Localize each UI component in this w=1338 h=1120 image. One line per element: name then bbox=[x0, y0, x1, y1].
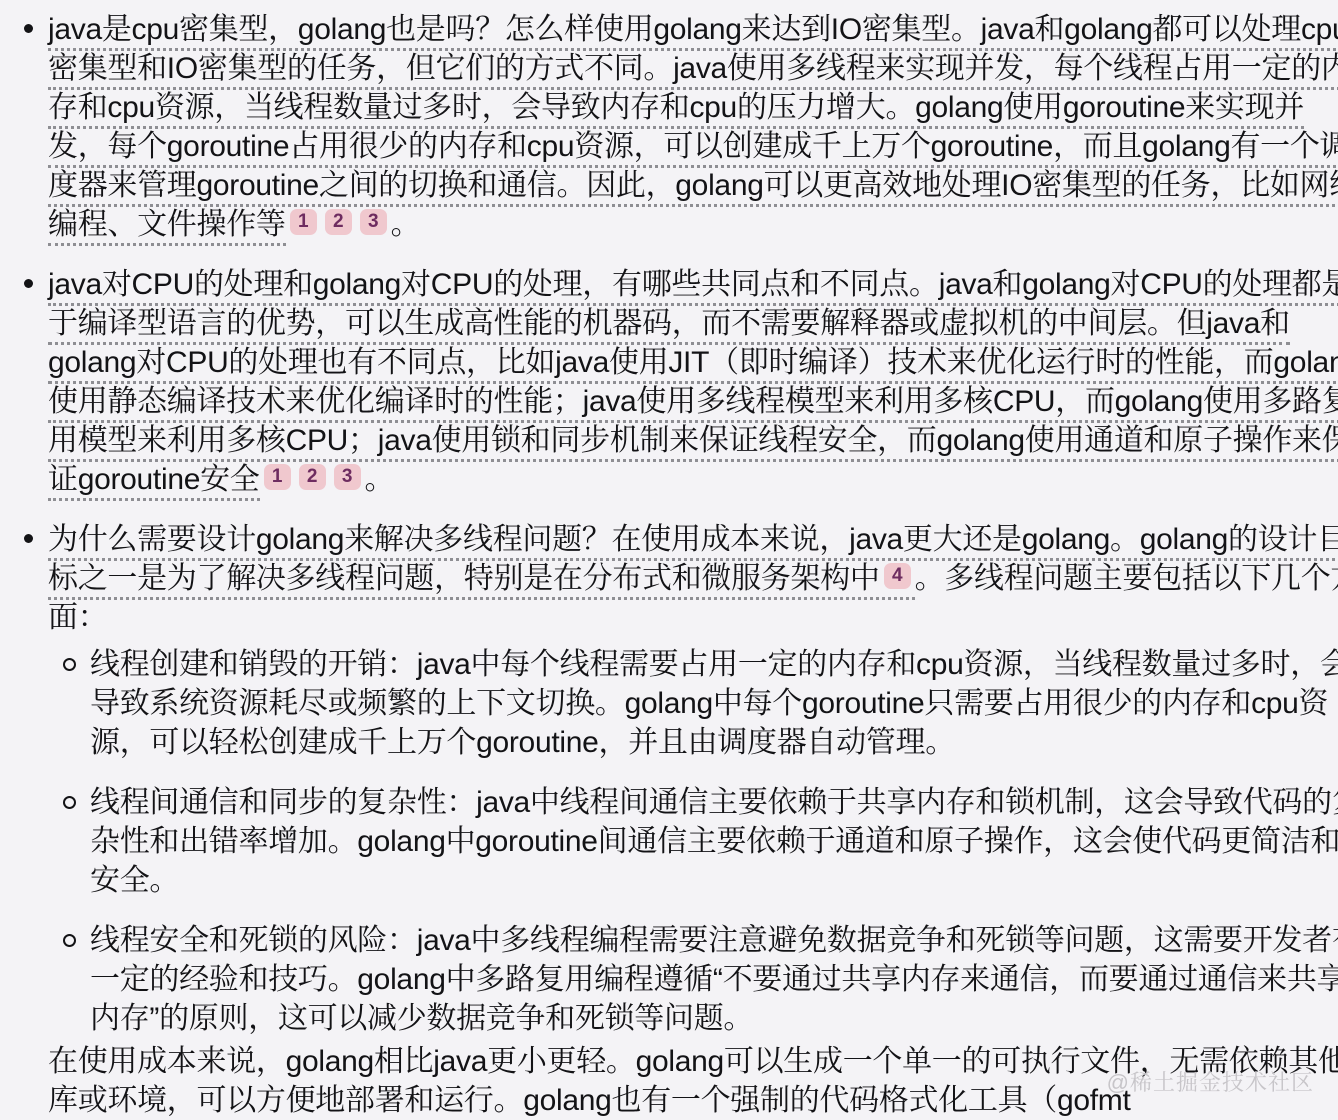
plain-text: 一定的经验和技巧。golang中多路复用编程遵循“不要通过共享内存来通信，而要通… bbox=[90, 963, 1338, 996]
sub-bullet-item: 线程安全和死锁的风险：java中多线程编程需要注意避免数据竞争和死锁等问题，这需… bbox=[0, 921, 1328, 1038]
citation-badge[interactable]: 1 bbox=[290, 209, 317, 235]
cited-text: 标之一是为了解决多线程问题，特别是在分布式和微服务架构中4 bbox=[48, 562, 915, 600]
cited-text: 证goroutine安全 bbox=[48, 463, 260, 501]
plain-text: 。多线程问题主要包括以下几个方 bbox=[915, 562, 1338, 595]
text-line: 导致系统资源耗尽或频繁的上下文切换。golang中每个goroutine只需要占… bbox=[90, 684, 1328, 723]
text-line: 证goroutine安全123。 bbox=[48, 460, 1328, 499]
cited-text: 为什么需要设计golang来解决多线程问题？在使用成本来说，java更大还是go… bbox=[48, 523, 1338, 561]
cited-text: 使用静态编译技术来优化编译时的性能；java使用多线程模型来利用多核CPU，而g… bbox=[48, 385, 1338, 423]
text-line: 用模型来利用多核CPU；java使用锁和同步机制来保证线程安全，而golang使… bbox=[48, 421, 1328, 460]
bullet-item: 为什么需要设计golang来解决多线程问题？在使用成本来说，java更大还是go… bbox=[0, 520, 1328, 637]
sub-bullet-item: 线程创建和销毁的开销：java中每个线程需要占用一定的内存和cpu资源，当线程数… bbox=[0, 645, 1328, 762]
cited-text: 用模型来利用多核CPU；java使用锁和同步机制来保证线程安全，而golang使… bbox=[48, 424, 1338, 462]
text-line: 安全。 bbox=[90, 861, 1328, 900]
sub-bullet-item: 线程间通信和同步的复杂性：java中线程间通信主要依赖于共享内存和锁机制，这会导… bbox=[0, 783, 1328, 900]
text-line: 度器来管理goroutine之间的切换和通信。因此，golang可以更高效地处理… bbox=[48, 166, 1328, 205]
plain-text: 杂性和出错率增加。golang中goroutine间通信主要依赖于通道和原子操作… bbox=[90, 825, 1338, 858]
text-line: 编程、文件操作等123。 bbox=[48, 205, 1328, 244]
citation-badge[interactable]: 3 bbox=[334, 464, 361, 490]
answer-content: java是cpu密集型，golang也是吗？怎么样使用golang来达到IO密集… bbox=[0, 0, 1338, 1120]
citation-badge[interactable]: 2 bbox=[325, 209, 352, 235]
bullet-item: java对CPU的处理和golang对CPU的处理，有哪些共同点和不同点。jav… bbox=[0, 265, 1328, 499]
text-line: java对CPU的处理和golang对CPU的处理，有哪些共同点和不同点。jav… bbox=[48, 265, 1328, 304]
citation-badge[interactable]: 3 bbox=[360, 209, 387, 235]
text-line: 标之一是为了解决多线程问题，特别是在分布式和微服务架构中4。多线程问题主要包括以… bbox=[48, 559, 1328, 598]
plain-text: 。 bbox=[391, 208, 421, 241]
cited-text: 编程、文件操作等 bbox=[48, 208, 286, 246]
cited-text: 存和cpu资源，当线程数量过多时，会导致内存和cpu的压力增大。golang使用… bbox=[48, 91, 1304, 129]
bullet-item: java是cpu密集型，golang也是吗？怎么样使用golang来达到IO密集… bbox=[0, 10, 1328, 244]
text-line: 内存”的原则，这可以减少数据竞争和死锁等问题。 bbox=[90, 999, 1328, 1038]
plain-text: 面： bbox=[48, 601, 107, 634]
text-line: 为什么需要设计golang来解决多线程问题？在使用成本来说，java更大还是go… bbox=[48, 520, 1328, 559]
cited-text: 发，每个goroutine占用很少的内存和cpu资源，可以创建成千上万个goro… bbox=[48, 130, 1338, 168]
text-line: 于编译型语言的优势，可以生成高性能的机器码，而不需要解释器或虚拟机的中间层。但j… bbox=[48, 304, 1328, 343]
cited-text: java对CPU的处理和golang对CPU的处理，有哪些共同点和不同点。jav… bbox=[48, 268, 1338, 306]
text-line: 面： bbox=[48, 598, 1328, 637]
text-line: 使用静态编译技术来优化编译时的性能；java使用多线程模型来利用多核CPU，而g… bbox=[48, 382, 1328, 421]
answer-page: java是cpu密集型，golang也是吗？怎么样使用golang来达到IO密集… bbox=[0, 0, 1338, 1120]
text-line: 一定的经验和技巧。golang中多路复用编程遵循“不要通过共享内存来通信，而要通… bbox=[90, 960, 1328, 999]
cited-text: 于编译型语言的优势，可以生成高性能的机器码，而不需要解释器或虚拟机的中间层。但j… bbox=[48, 307, 1290, 345]
plain-text: 线程安全和死锁的风险：java中多线程编程需要注意避免数据竞争和死锁等问题，这需… bbox=[90, 924, 1338, 957]
text-line: 发，每个goroutine占用很少的内存和cpu资源，可以创建成千上万个goro… bbox=[48, 127, 1328, 166]
plain-text: 安全。 bbox=[90, 864, 179, 897]
text-line: java是cpu密集型，golang也是吗？怎么样使用golang来达到IO密集… bbox=[48, 10, 1328, 49]
cited-text: 度器来管理goroutine之间的切换和通信。因此，golang可以更高效地处理… bbox=[48, 169, 1338, 207]
cited-text: 密集型和IO密集型的任务，但它们的方式不同。java使用多线程来实现并发，每个线… bbox=[48, 52, 1338, 90]
plain-text: 库或环境，可以方便地部署和运行。golang也有一个强制的代码格式化工具（gof… bbox=[48, 1084, 1131, 1117]
plain-text: 内存”的原则，这可以减少数据竞争和死锁等问题。 bbox=[90, 1002, 753, 1035]
text-line: 线程创建和销毁的开销：java中每个线程需要占用一定的内存和cpu资源，当线程数… bbox=[90, 645, 1328, 684]
watermark: @稀土掘金技术社区 bbox=[1107, 1066, 1314, 1097]
text-line: 杂性和出错率增加。golang中goroutine间通信主要依赖于通道和原子操作… bbox=[90, 822, 1328, 861]
citation-badge[interactable]: 4 bbox=[884, 563, 911, 589]
sub-bullet-marker-icon bbox=[63, 934, 76, 947]
cited-text: java是cpu密集型，golang也是吗？怎么样使用golang来达到IO密集… bbox=[48, 13, 1338, 51]
sub-bullet-marker-icon bbox=[63, 658, 76, 671]
cited-text: golang对CPU的处理也有不同点，比如java使用JIT（即时编译）技术来优… bbox=[48, 346, 1338, 384]
text-line: 源，可以轻松创建成千上万个goroutine，并且由调度器自动管理。 bbox=[90, 723, 1328, 762]
plain-text: 线程间通信和同步的复杂性：java中线程间通信主要依赖于共享内存和锁机制，这会导… bbox=[90, 786, 1338, 819]
bullet-marker-icon bbox=[24, 534, 33, 543]
sub-bullet-marker-icon bbox=[63, 796, 76, 809]
plain-text: 源，可以轻松创建成千上万个goroutine，并且由调度器自动管理。 bbox=[90, 726, 955, 759]
citation-badge[interactable]: 2 bbox=[299, 464, 326, 490]
bullet-marker-icon bbox=[24, 24, 33, 33]
plain-text: 导致系统资源耗尽或频繁的上下文切换。golang中每个goroutine只需要占… bbox=[90, 687, 1328, 720]
text-line: golang对CPU的处理也有不同点，比如java使用JIT（即时编译）技术来优… bbox=[48, 343, 1328, 382]
plain-text: 线程创建和销毁的开销：java中每个线程需要占用一定的内存和cpu资源，当线程数… bbox=[90, 648, 1338, 681]
plain-text: 。 bbox=[365, 463, 395, 496]
text-line: 线程间通信和同步的复杂性：java中线程间通信主要依赖于共享内存和锁机制，这会导… bbox=[90, 783, 1328, 822]
bullet-marker-icon bbox=[24, 279, 33, 288]
citation-badge[interactable]: 1 bbox=[264, 464, 291, 490]
text-line: 线程安全和死锁的风险：java中多线程编程需要注意避免数据竞争和死锁等问题，这需… bbox=[90, 921, 1328, 960]
text-line: 存和cpu资源，当线程数量过多时，会导致内存和cpu的压力增大。golang使用… bbox=[48, 88, 1328, 127]
text-line: 密集型和IO密集型的任务，但它们的方式不同。java使用多线程来实现并发，每个线… bbox=[48, 49, 1328, 88]
